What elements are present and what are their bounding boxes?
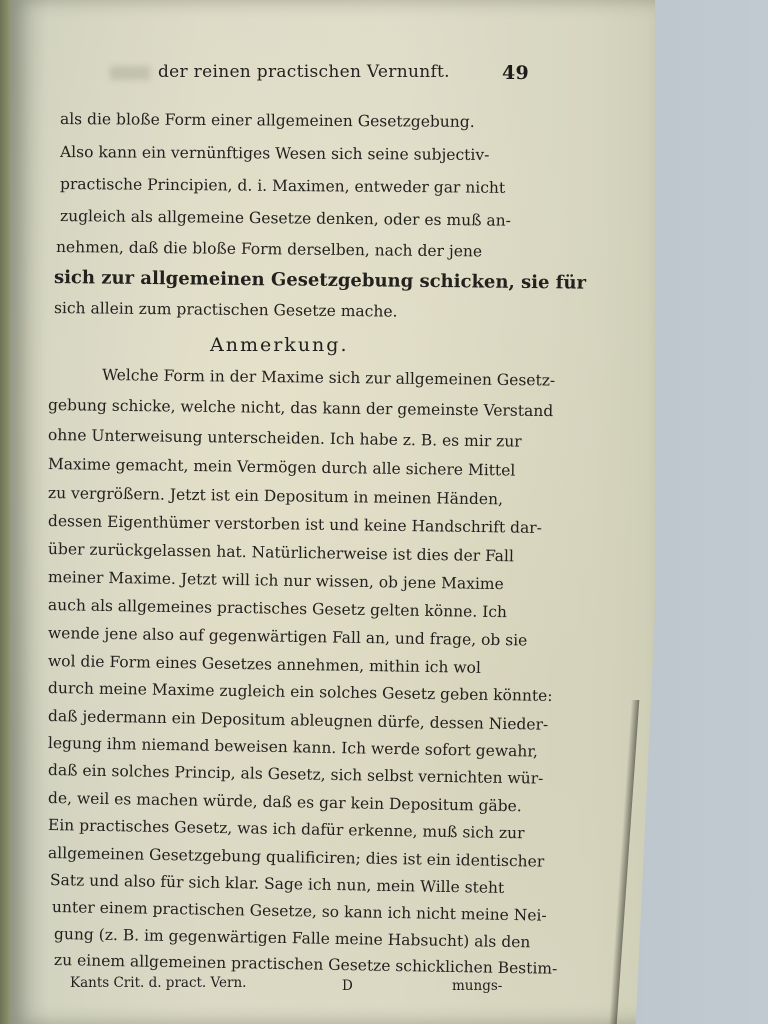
running-head-title: der reinen practischen Vernunft. — [158, 62, 450, 82]
text-line: Also kann ein vernünftiges Wesen sich se… — [60, 143, 489, 164]
text-line: als die bloße Form einer allgemeinen Ges… — [60, 110, 530, 131]
signature-mark: D — [342, 978, 353, 994]
running-head: der reinen practischen Vernunft. 49 — [110, 62, 550, 88]
page-number: 49 — [502, 62, 529, 84]
text-line: sich allein zum practischen Gesetze mach… — [54, 299, 398, 321]
section-heading: Anmerkung. — [210, 334, 349, 356]
signature-title: Kants Crit. d. pract. Vern. — [70, 975, 246, 991]
catchword: mungs- — [452, 978, 502, 994]
bleed-through-smudge — [110, 66, 150, 80]
